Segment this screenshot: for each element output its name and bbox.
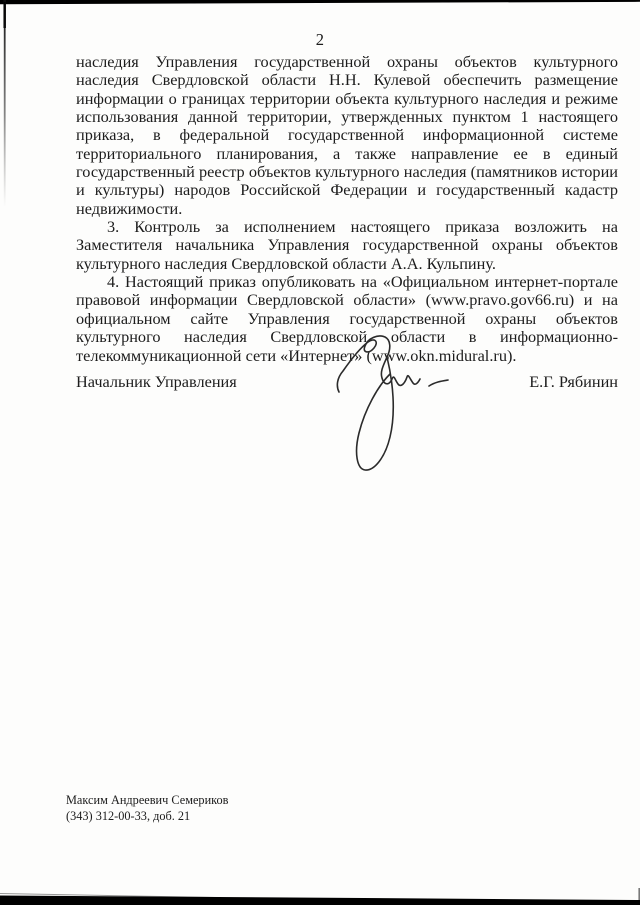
contact-phone: (343) 312-00-33, доб. 21 — [66, 809, 228, 825]
top-edge-artifact — [0, 0, 640, 4]
contact-footer: Максим Андреевич Семериков (343) 312-00-… — [66, 793, 228, 824]
signatory-name: Е.Г. Рябинин — [529, 373, 618, 391]
bottom-edge-artifact — [0, 896, 640, 905]
contact-name: Максим Андреевич Семериков — [66, 793, 228, 809]
paragraph-item-3: 3. Контроль за исполнением настоящего пр… — [76, 218, 618, 273]
top-left-corner-artifact — [3, 0, 6, 28]
scanned-document-page: 2 наследия Управления государственной ох… — [0, 0, 640, 905]
bottom-edge-line-artifact — [0, 894, 215, 898]
paragraph-continuation: наследия Управления государственной охра… — [76, 53, 618, 218]
document-body: наследия Управления государственной охра… — [76, 53, 618, 365]
page-number: 2 — [0, 30, 640, 50]
signatory-title: Начальник Управления — [76, 373, 237, 391]
handwritten-signature-icon — [330, 334, 455, 476]
